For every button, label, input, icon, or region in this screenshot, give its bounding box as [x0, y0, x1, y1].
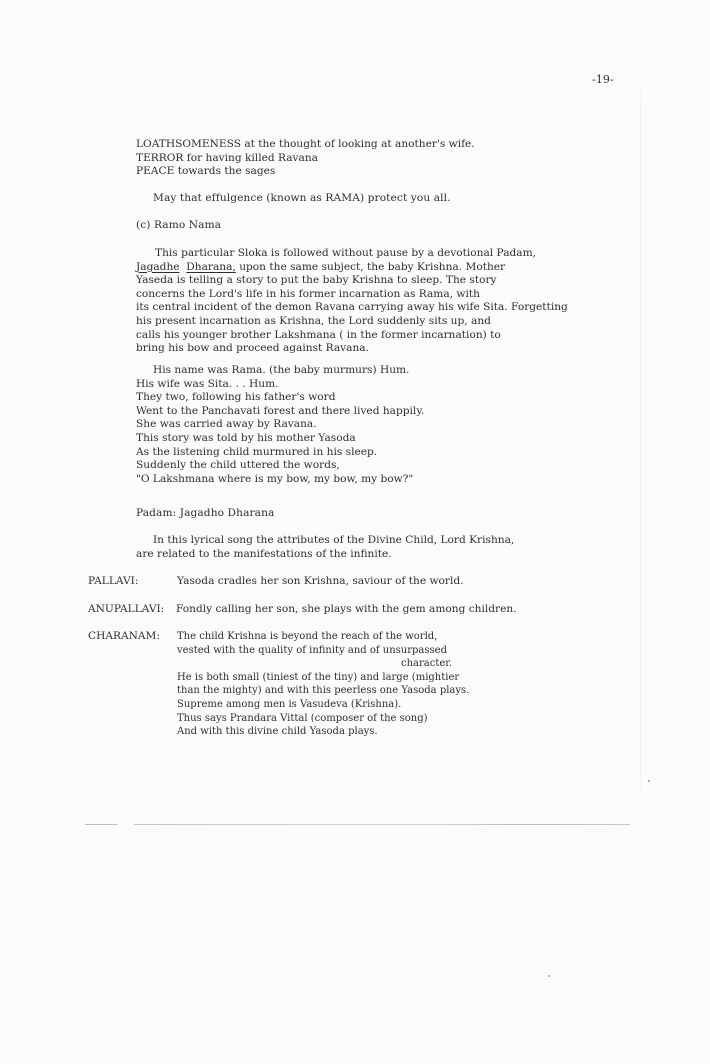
scan-speck [548, 975, 550, 977]
verse-line: "O Lakshmana where is my bow, my bow, my… [136, 473, 424, 487]
charanam-label: CHARANAM: [88, 630, 160, 644]
charanam-line: character. [177, 657, 469, 671]
attributes-list: LOATHSOMENESS at the thought of looking … [136, 138, 475, 179]
charanam-line: He is both small (tiniest of the tiny) a… [177, 671, 469, 685]
charanam-line: Thus says Prandara Vittal (composer of t… [177, 712, 469, 726]
verse-line: Went to the Panchavati forest and there … [136, 405, 424, 419]
paragraph-line: calls his younger brother Lakshmana ( in… [136, 329, 568, 343]
blessing-line: May that effulgence (known as RAMA) prot… [153, 192, 451, 206]
attribute-line: PEACE towards the sages [136, 165, 475, 179]
paragraph-line: bring his bow and proceed against Ravana… [136, 342, 568, 356]
verse-line: This story was told by his mother Yasoda [136, 432, 424, 446]
charanam-line: And with this divine child Yasoda plays. [177, 725, 469, 739]
story-verse: His name was Rama. (the baby murmurs) Hu… [136, 364, 424, 486]
paragraph-text: upon the same subject, the baby Krishna.… [236, 261, 505, 273]
paragraph-line: Jagadhe Dharana, upon the same subject, … [136, 261, 568, 275]
padam-title-underlined: Jagadhe [136, 261, 180, 273]
verse-line: They two, following his father's word [136, 391, 424, 405]
song-intro-line: are related to the manifestations of the… [136, 548, 514, 562]
charanam-line: The child Krishna is beyond the reach of… [177, 630, 469, 644]
paragraph-line: This particular Sloka is followed withou… [136, 247, 568, 261]
scan-edge-line [640, 60, 641, 820]
scan-speck [648, 780, 650, 782]
paragraph-line: concerns the Lord's life in his former i… [136, 288, 568, 302]
document-page: -19- LOATHSOMENESS at the thought of loo… [0, 0, 710, 1064]
paragraph-line: his present incarnation as Krishna, the … [136, 315, 568, 329]
page-bottom-rule [85, 824, 630, 825]
padam-title: Padam: Jagadho Dharana [136, 507, 274, 521]
paragraph-line: its central incident of the demon Ravana… [136, 301, 568, 315]
song-intro: In this lyrical song the attributes of t… [136, 534, 514, 561]
padam-title-underlined: Dharana, [186, 261, 236, 273]
charanam-line: Supreme among men is Vasudeva (Krishna). [177, 698, 469, 712]
intro-paragraph: This particular Sloka is followed withou… [136, 247, 568, 356]
pallavi-text: Yasoda cradles her son Krishna, saviour … [177, 575, 464, 589]
verse-line: As the listening child murmured in his s… [136, 446, 424, 460]
charanam-text: The child Krishna is beyond the reach of… [177, 630, 469, 739]
page-number: -19- [592, 73, 614, 87]
verse-line: She was carried away by Ravana. [136, 418, 424, 432]
anupallavi-text: Fondly calling her son, she plays with t… [176, 603, 517, 617]
attribute-line: LOATHSOMENESS at the thought of looking … [136, 138, 475, 152]
song-intro-line: In this lyrical song the attributes of t… [136, 534, 514, 548]
charanam-line: than the mighty) and with this peerless … [177, 684, 469, 698]
paragraph-line: Yaseda is telling a story to put the bab… [136, 274, 568, 288]
verse-line: His wife was Sita. . . Hum. [136, 378, 424, 392]
charanam-line: vested with the quality of infinity and … [177, 644, 469, 658]
pallavi-label: PALLAVI: [88, 575, 138, 589]
anupallavi-label: ANUPALLAVI: [88, 603, 164, 617]
attribute-line: TERROR for having killed Ravana [136, 152, 475, 166]
verse-line: His name was Rama. (the baby murmurs) Hu… [136, 364, 424, 378]
verse-line: Suddenly the child uttered the words, [136, 459, 424, 473]
section-heading: (c) Ramo Nama [136, 219, 221, 233]
